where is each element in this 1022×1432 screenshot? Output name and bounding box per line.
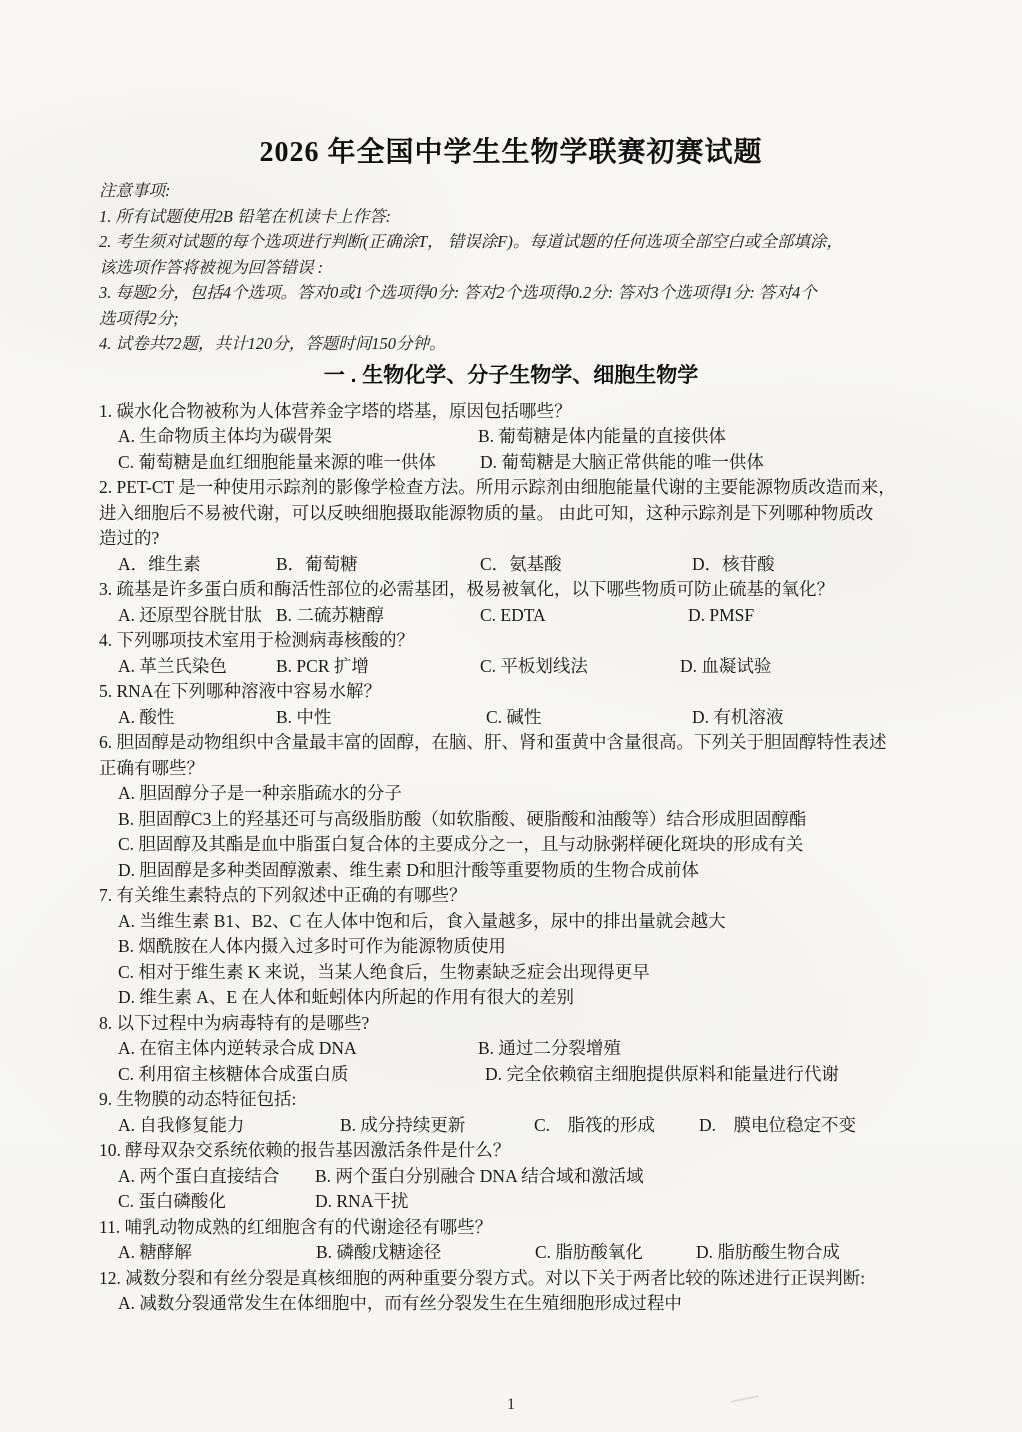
question-3: 3. 疏基是许多蛋白质和酶活性部位的必需基团，极易被氧化，以下哪些物质可防止硫基… xyxy=(99,577,923,628)
question-5-options-row-1: A. 酸性 B. 中性 C. 碱性 D. 有机溶液 xyxy=(99,705,923,731)
question-9-options-row-1: A. 自我修复能力 B. 成分持续更新 C. 脂筏的形成 D. 膜电位稳定不变 xyxy=(99,1113,923,1139)
question-6: 6. 胆固醇是动物组织中含量最丰富的固醇，在脑、肝、肾和蛋黄中含量很高。下列关于… xyxy=(99,730,923,883)
question-2-options-row-1: A．维生素 B．葡萄糖 C．氨基酸 D．核苷酸 xyxy=(99,552,923,578)
question-6-option-b: B. 胆固醇C3上的羟基还可与高级脂肪酸（如软脂酸、硬脂酸和油酸等）结合形成胆固… xyxy=(118,807,806,833)
notice-item-4: 4. 试卷共72题，共计120分，答题时间150分钟。 xyxy=(99,331,923,357)
question-11-option-c: C. 脂肪酸氧化 xyxy=(535,1240,696,1266)
page-content: 2026 年全国中学生生物学联赛初赛试题 注意事项: 1. 所有试题使用2B 铅… xyxy=(99,134,923,1317)
question-7-options-row-3: C. 相对于维生素 K 来说，当某人绝食后，生物素缺乏症会出现得更早 xyxy=(99,960,923,986)
question-1-options-row-2: C. 葡萄糖是血红细胞能量来源的唯一供体 D. 葡萄糖是大脑正常供能的唯一供体 xyxy=(99,450,923,476)
question-1-option-c: C. 葡萄糖是血红细胞能量来源的唯一供体 xyxy=(118,450,480,476)
question-7-options-row-2: B. 烟酰胺在人体内摄入过多时可作为能源物质使用 xyxy=(99,934,923,960)
question-5: 5. RNA在下列哪种溶液中容易水解？ A. 酸性 B. 中性 C. 碱性 D.… xyxy=(99,679,923,730)
question-1-stem: 1. 碳水化合物被称为人体营养金字塔的塔基，原因包括哪些？ xyxy=(99,399,923,425)
question-6-option-d: D. 胆固醇是多种类固醇激素、维生素 D和胆汁酸等重要物质的生物合成前体 xyxy=(118,858,699,884)
question-2-option-c: C．氨基酸 xyxy=(480,552,692,578)
question-6-options-row-2: B. 胆固醇C3上的羟基还可与高级脂肪酸（如软脂酸、硬脂酸和油酸等）结合形成胆固… xyxy=(99,807,923,833)
question-9: 9. 生物膜的动态特征包括: A. 自我修复能力 B. 成分持续更新 C. 脂筏… xyxy=(99,1087,923,1138)
question-10-option-a: A. 两个蛋白直接结合 xyxy=(118,1164,315,1190)
question-3-stem: 3. 疏基是许多蛋白质和酶活性部位的必需基团，极易被氧化，以下哪些物质可防止硫基… xyxy=(99,577,923,603)
question-6-options-row-3: C. 胆固醇及其酯是血中脂蛋白复合体的主要成分之一，且与动脉粥样硬化斑块的形成有… xyxy=(99,832,923,858)
question-10-options-row-1: A. 两个蛋白直接结合 B. 两个蛋白分别融合 DNA 结合域和激活域 xyxy=(99,1164,923,1190)
question-2-stem: 2. PET-CT 是一种使用示踪剂的影像学检查方法。所用示踪剂由细胞能量代谢的… xyxy=(99,475,923,552)
question-9-option-b: B. 成分持续更新 xyxy=(340,1113,534,1139)
question-4-stem: 4. 下列哪项技术室用于检测病毒核酸的？ xyxy=(99,628,923,654)
question-12-option-a: A. 减数分裂通常发生在体细胞中，而有丝分裂发生在生殖细胞形成过程中 xyxy=(118,1291,682,1317)
question-7: 7. 有关维生素特点的下列叙述中正确的有哪些？ A. 当维生素 B1、B2、C … xyxy=(99,883,923,1011)
question-2-option-a: A．维生素 xyxy=(118,552,276,578)
question-5-option-b: B. 中性 xyxy=(276,705,486,731)
question-5-option-c: C. 碱性 xyxy=(486,705,692,731)
question-11-option-d: D. 脂肪酸生物合成 xyxy=(696,1240,840,1266)
question-6-option-a: A. 胆固醇分子是一种亲脂疏水的分子 xyxy=(118,781,402,807)
question-10-option-c: C. 蛋白磷酸化 xyxy=(118,1189,315,1215)
question-4-options-row-1: A. 革兰氏染色 B. PCR 扩增 C. 平板划线法 D. 血凝试验 xyxy=(99,654,923,680)
question-8-options-row-1: A. 在宿主体内逆转录合成 DNA B. 通过二分裂增殖 xyxy=(99,1036,923,1062)
exam-paper-page: 2026 年全国中学生生物学联赛初赛试题 注意事项: 1. 所有试题使用2B 铅… xyxy=(0,0,1022,1432)
notice-block: 注意事项: 1. 所有试题使用2B 铅笔在机读卡上作答: 2. 考生须对试题的每… xyxy=(99,178,923,357)
question-6-options-row-4: D. 胆固醇是多种类固醇激素、维生素 D和胆汁酸等重要物质的生物合成前体 xyxy=(99,858,923,884)
question-7-option-c: C. 相对于维生素 K 来说，当某人绝食后，生物素缺乏症会出现得更早 xyxy=(118,960,650,986)
question-9-option-d: D. 膜电位稳定不变 xyxy=(699,1113,856,1139)
question-8-option-b: B. 通过二分裂增殖 xyxy=(478,1036,621,1062)
notice-item-3: 3. 每题2分，包括4个选项。答对0或1个选项得0分: 答对2个选项得0.2分:… xyxy=(99,280,923,331)
question-4-option-a: A. 革兰氏染色 xyxy=(118,654,276,680)
question-10-option-b: B. 两个蛋白分别融合 DNA 结合域和激活域 xyxy=(315,1164,644,1190)
question-1-option-a: A. 生命物质主体均为碳骨架 xyxy=(118,424,478,450)
question-2-option-d: D．核苷酸 xyxy=(692,552,775,578)
question-1-option-b: B. 葡萄糖是体内能量的直接供体 xyxy=(478,424,726,450)
question-6-stem: 6. 胆固醇是动物组织中含量最丰富的固醇，在脑、肝、肾和蛋黄中含量很高。下列关于… xyxy=(99,730,923,781)
question-8-options-row-2: C. 利用宿主核糖体合成蛋白质 D. 完全依赖宿主细胞提供原料和能量进行代谢 xyxy=(99,1062,923,1088)
question-7-options-row-4: D. 维生素 A、E 在人体和蚯蚓体内所起的作用有很大的差别 xyxy=(99,985,923,1011)
question-12: 12. 减数分裂和有丝分裂是真核细胞的两种重要分裂方式。对以下关于两者比较的陈述… xyxy=(99,1266,923,1317)
question-3-options-row-1: A. 还原型谷胱甘肽 B. 二硫苏糖醇 C. EDTA D. PMSF xyxy=(99,603,923,629)
question-3-option-d: D. PMSF xyxy=(688,603,754,629)
question-list: 1. 碳水化合物被称为人体营养金字塔的塔基，原因包括哪些？ A. 生命物质主体均… xyxy=(99,399,923,1317)
question-9-stem: 9. 生物膜的动态特征包括: xyxy=(99,1087,923,1113)
question-10-stem: 10. 酵母双杂交系统依赖的报告基因激活条件是什么？ xyxy=(99,1138,923,1164)
question-1: 1. 碳水化合物被称为人体营养金字塔的塔基，原因包括哪些？ A. 生命物质主体均… xyxy=(99,399,923,476)
question-7-option-b: B. 烟酰胺在人体内摄入过多时可作为能源物质使用 xyxy=(118,934,506,960)
question-2: 2. PET-CT 是一种使用示踪剂的影像学检查方法。所用示踪剂由细胞能量代谢的… xyxy=(99,475,923,577)
question-3-option-b: B. 二硫苏糖醇 xyxy=(276,603,480,629)
question-6-option-c: C. 胆固醇及其酯是血中脂蛋白复合体的主要成分之一，且与动脉粥样硬化斑块的形成有… xyxy=(118,832,803,858)
notice-item-1: 1. 所有试题使用2B 铅笔在机读卡上作答: xyxy=(99,204,923,230)
question-8-option-c: C. 利用宿主核糖体合成蛋白质 xyxy=(118,1062,485,1088)
page-number: 1 xyxy=(0,1396,1022,1414)
question-11-option-b: B. 磷酸戊糖途径 xyxy=(316,1240,535,1266)
notice-item-2: 2. 考生须对试题的每个选项进行判断(正确涂T， 错误涂F)。每道试题的任何选项… xyxy=(99,229,923,280)
question-9-option-c: C. 脂筏的形成 xyxy=(534,1113,699,1139)
question-7-options-row-1: A. 当维生素 B1、B2、C 在人体中饱和后，食入量越多，尿中的排出量就会越大 xyxy=(99,909,923,935)
question-7-stem: 7. 有关维生素特点的下列叙述中正确的有哪些？ xyxy=(99,883,923,909)
question-10: 10. 酵母双杂交系统依赖的报告基因激活条件是什么？ A. 两个蛋白直接结合 B… xyxy=(99,1138,923,1215)
question-8-option-d: D. 完全依赖宿主细胞提供原料和能量进行代谢 xyxy=(485,1062,839,1088)
section-heading: 一 . 生物化学、分子生物学、细胞生物学 xyxy=(99,361,923,391)
question-11: 11. 哺乳动物成熟的红细胞含有的代谢途径有哪些？ A. 糖酵解 B. 磷酸戊糖… xyxy=(99,1215,923,1266)
question-2-option-b: B．葡萄糖 xyxy=(276,552,480,578)
question-12-options-row-1: A. 减数分裂通常发生在体细胞中，而有丝分裂发生在生殖细胞形成过程中 xyxy=(99,1291,923,1317)
question-10-options-row-2: C. 蛋白磷酸化 D. RNA干扰 xyxy=(99,1189,923,1215)
question-9-option-a: A. 自我修复能力 xyxy=(118,1113,340,1139)
question-7-option-a: A. 当维生素 B1、B2、C 在人体中饱和后，食入量越多，尿中的排出量就会越大 xyxy=(118,909,726,935)
question-11-option-a: A. 糖酵解 xyxy=(118,1240,316,1266)
question-5-stem: 5. RNA在下列哪种溶液中容易水解？ xyxy=(99,679,923,705)
question-5-option-d: D. 有机溶液 xyxy=(692,705,783,731)
question-6-options-row-1: A. 胆固醇分子是一种亲脂疏水的分子 xyxy=(99,781,923,807)
question-1-options-row-1: A. 生命物质主体均为碳骨架 B. 葡萄糖是体内能量的直接供体 xyxy=(99,424,923,450)
page-title: 2026 年全国中学生生物学联赛初赛试题 xyxy=(99,134,923,172)
question-12-stem: 12. 减数分裂和有丝分裂是真核细胞的两种重要分裂方式。对以下关于两者比较的陈述… xyxy=(99,1266,923,1292)
question-10-option-d: D. RNA干扰 xyxy=(315,1189,408,1215)
question-4-option-b: B. PCR 扩增 xyxy=(276,654,480,680)
question-11-options-row-1: A. 糖酵解 B. 磷酸戊糖途径 C. 脂肪酸氧化 D. 脂肪酸生物合成 xyxy=(99,1240,923,1266)
question-8-stem: 8. 以下过程中为病毒特有的是哪些? xyxy=(99,1011,923,1037)
question-8-option-a: A. 在宿主体内逆转录合成 DNA xyxy=(118,1036,478,1062)
question-11-stem: 11. 哺乳动物成熟的红细胞含有的代谢途径有哪些？ xyxy=(99,1215,923,1241)
question-4-option-d: D. 血凝试验 xyxy=(680,654,771,680)
question-1-option-d: D. 葡萄糖是大脑正常供能的唯一供体 xyxy=(480,450,764,476)
question-5-option-a: A. 酸性 xyxy=(118,705,276,731)
question-4: 4. 下列哪项技术室用于检测病毒核酸的？ A. 革兰氏染色 B. PCR 扩增 … xyxy=(99,628,923,679)
question-3-option-a: A. 还原型谷胱甘肽 xyxy=(118,603,276,629)
notice-heading: 注意事项: xyxy=(99,178,923,204)
question-3-option-c: C. EDTA xyxy=(480,603,688,629)
question-7-option-d: D. 维生素 A、E 在人体和蚯蚓体内所起的作用有很大的差别 xyxy=(118,985,574,1011)
question-4-option-c: C. 平板划线法 xyxy=(480,654,680,680)
question-8: 8. 以下过程中为病毒特有的是哪些? A. 在宿主体内逆转录合成 DNA B. … xyxy=(99,1011,923,1088)
